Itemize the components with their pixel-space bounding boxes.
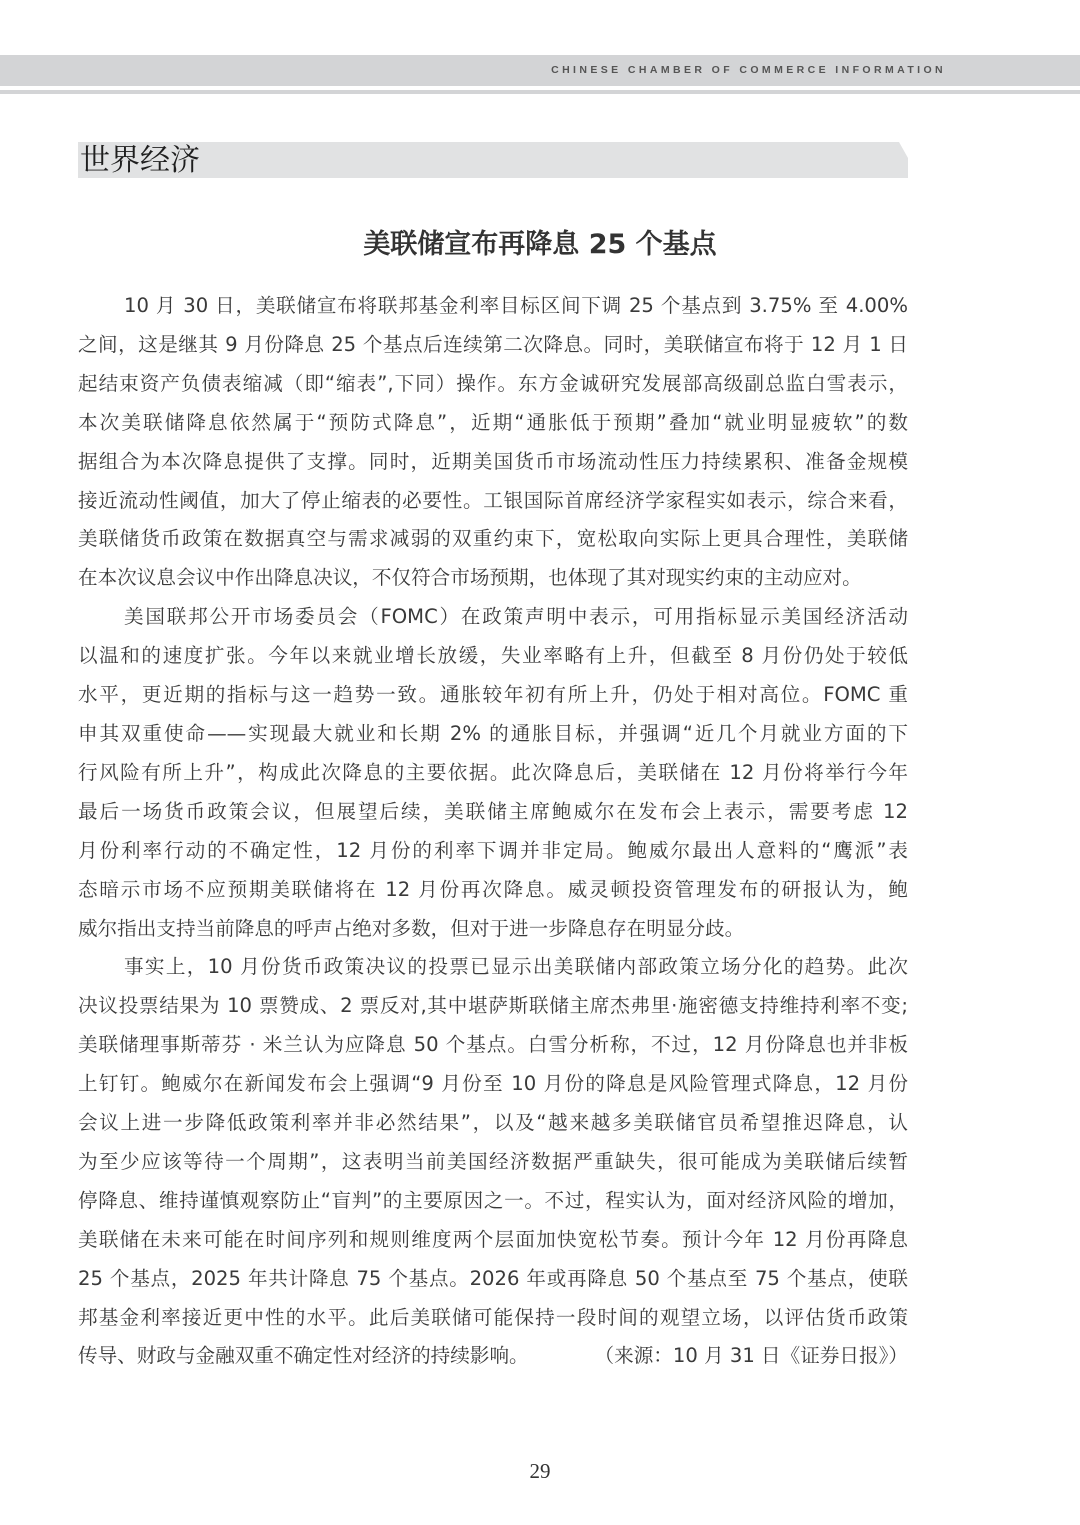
text-line: 事实上，10 月份货币政策决议的投票已显示出美联储内部政策立场分化的趋势。此次 bbox=[78, 948, 908, 987]
text-line-with-source: 传导、财政与金融双重不确定性对经济的持续影响。 （来源：10 月 31 日《证券… bbox=[78, 1337, 908, 1376]
text-line: 10 月 30 日，美联储宣布将联邦基金利率目标区间下调 25 个基点到 3.7… bbox=[78, 287, 908, 326]
text-line: 月份利率行动的不确定性，12 月份的利率下调并非定局。鲍威尔最出人意料的“鹰派”… bbox=[78, 832, 908, 871]
text-line: 停降息、维持谨慎观察防止“盲判”的主要原因之一。不过，程实认为，面对经济风险的增… bbox=[78, 1182, 908, 1221]
text-line: 会议上进一步降低政策利率并非必然结果”，以及“越来越多美联储官员希望推迟降息，认 bbox=[78, 1104, 908, 1143]
text-line: 美联储货币政策在数据真空与需求减弱的双重约束下，宽松取向实际上更具合理性，美联储 bbox=[78, 520, 908, 559]
text-line: 行风险有所上升”，构成此次降息的主要依据。此次降息后，美联储在 12 月份将举行… bbox=[78, 754, 908, 793]
text-line: 25 个基点，2025 年共计降息 75 个基点。2026 年或再降息 50 个… bbox=[78, 1260, 908, 1299]
paragraph-2: 美国联邦公开市场委员会（FOMC）在政策声明中表示，可用指标显示美国经济活动 以… bbox=[78, 598, 908, 948]
article-title: 美联储宣布再降息 25 个基点 bbox=[0, 225, 1080, 265]
publication-name: CHINESE CHAMBER OF COMMERCE INFORMATION bbox=[551, 64, 946, 76]
text-line: 决议投票结果为 10 票赞成、2 票反对,其中堪萨斯联储主席杰弗里·施密德支持维… bbox=[78, 987, 908, 1026]
text-line: 申其双重使命——实现最大就业和长期 2% 的通胀目标，并强调“近几个月就业方面的… bbox=[78, 715, 908, 754]
text-line: 美联储在未来可能在时间序列和规则维度两个层面加快宽松节奏。预计今年 12 月份再… bbox=[78, 1221, 908, 1260]
text-line: 最后一场货币政策会议，但展望后续，美联储主席鲍威尔在发布会上表示，需要考虑 12 bbox=[78, 793, 908, 832]
text-line: 美国联邦公开市场委员会（FOMC）在政策声明中表示，可用指标显示美国经济活动 bbox=[78, 598, 908, 637]
text-line: 态暗示市场不应预期美联储将在 12 月份再次降息。威灵顿投资管理发布的研报认为，… bbox=[78, 871, 908, 910]
text-line: 本次美联储降息依然属于“预防式降息”，近期“通胀低于预期”叠加“就业明显疲软”的… bbox=[78, 404, 908, 443]
paragraph-1: 10 月 30 日，美联储宣布将联邦基金利率目标区间下调 25 个基点到 3.7… bbox=[78, 287, 908, 598]
text-line: 以温和的速度扩张。今年以来就业增长放缓，失业率略有上升，但截至 8 月份仍处于较… bbox=[78, 637, 908, 676]
page-number: 29 bbox=[0, 1459, 1080, 1484]
text-line: 起结束资产负债表缩减（即“缩表”,下同）操作。东方金诚研究发展部高级副总监白雪表… bbox=[78, 365, 908, 404]
text-line: 邦基金利率接近更中性的水平。此后美联储可能保持一段时间的观望立场，以评估货币政策 bbox=[78, 1299, 908, 1338]
text-line: 传导、财政与金融双重不确定性对经济的持续影响。 bbox=[78, 1337, 529, 1376]
paragraph-3: 事实上，10 月份货币政策决议的投票已显示出美联储内部政策立场分化的趋势。此次 … bbox=[78, 948, 908, 1376]
section-band bbox=[78, 142, 908, 178]
article-body: 10 月 30 日，美联储宣布将联邦基金利率目标区间下调 25 个基点到 3.7… bbox=[78, 287, 908, 1376]
text-line: 之间，这是继其 9 月份降息 25 个基点后连续第二次降息。同时，美联储宣布将于… bbox=[78, 326, 908, 365]
header-divider bbox=[0, 90, 1080, 94]
text-line: 接近流动性阈值，加大了停止缩表的必要性。工银国际首席经济学家程实如表示，综合来看… bbox=[78, 482, 908, 521]
text-line: 水平，更近期的指标与这一趋势一致。通胀较年初有所上升，仍处于相对高位。FOMC … bbox=[78, 676, 908, 715]
text-line: 上钉钉。鲍威尔在新闻发布会上强调“9 月份至 10 月份的降息是风险管理式降息，… bbox=[78, 1065, 908, 1104]
text-line: 威尔指出支持当前降息的呼声占绝对多数，但对于进一步降息存在明显分歧。 bbox=[78, 910, 908, 949]
text-line: 为至少应该等待一个周期”，这表明当前美国经济数据严重缺失，很可能成为美联储后续暂 bbox=[78, 1143, 908, 1182]
text-line: 美联储理事斯蒂芬 · 米兰认为应降息 50 个基点。白雪分析称，不过，12 月份… bbox=[78, 1026, 908, 1065]
section-title: 世界经济 bbox=[80, 143, 200, 179]
text-line: 据组合为本次降息提供了支撑。同时，近期美国货币市场流动性压力持续累积、准备金规模 bbox=[78, 443, 908, 482]
source-citation: （来源：10 月 31 日《证券日报》） bbox=[595, 1337, 908, 1376]
text-line: 在本次议息会议中作出降息决议，不仅符合市场预期，也体现了其对现实约束的主动应对。 bbox=[78, 559, 908, 598]
